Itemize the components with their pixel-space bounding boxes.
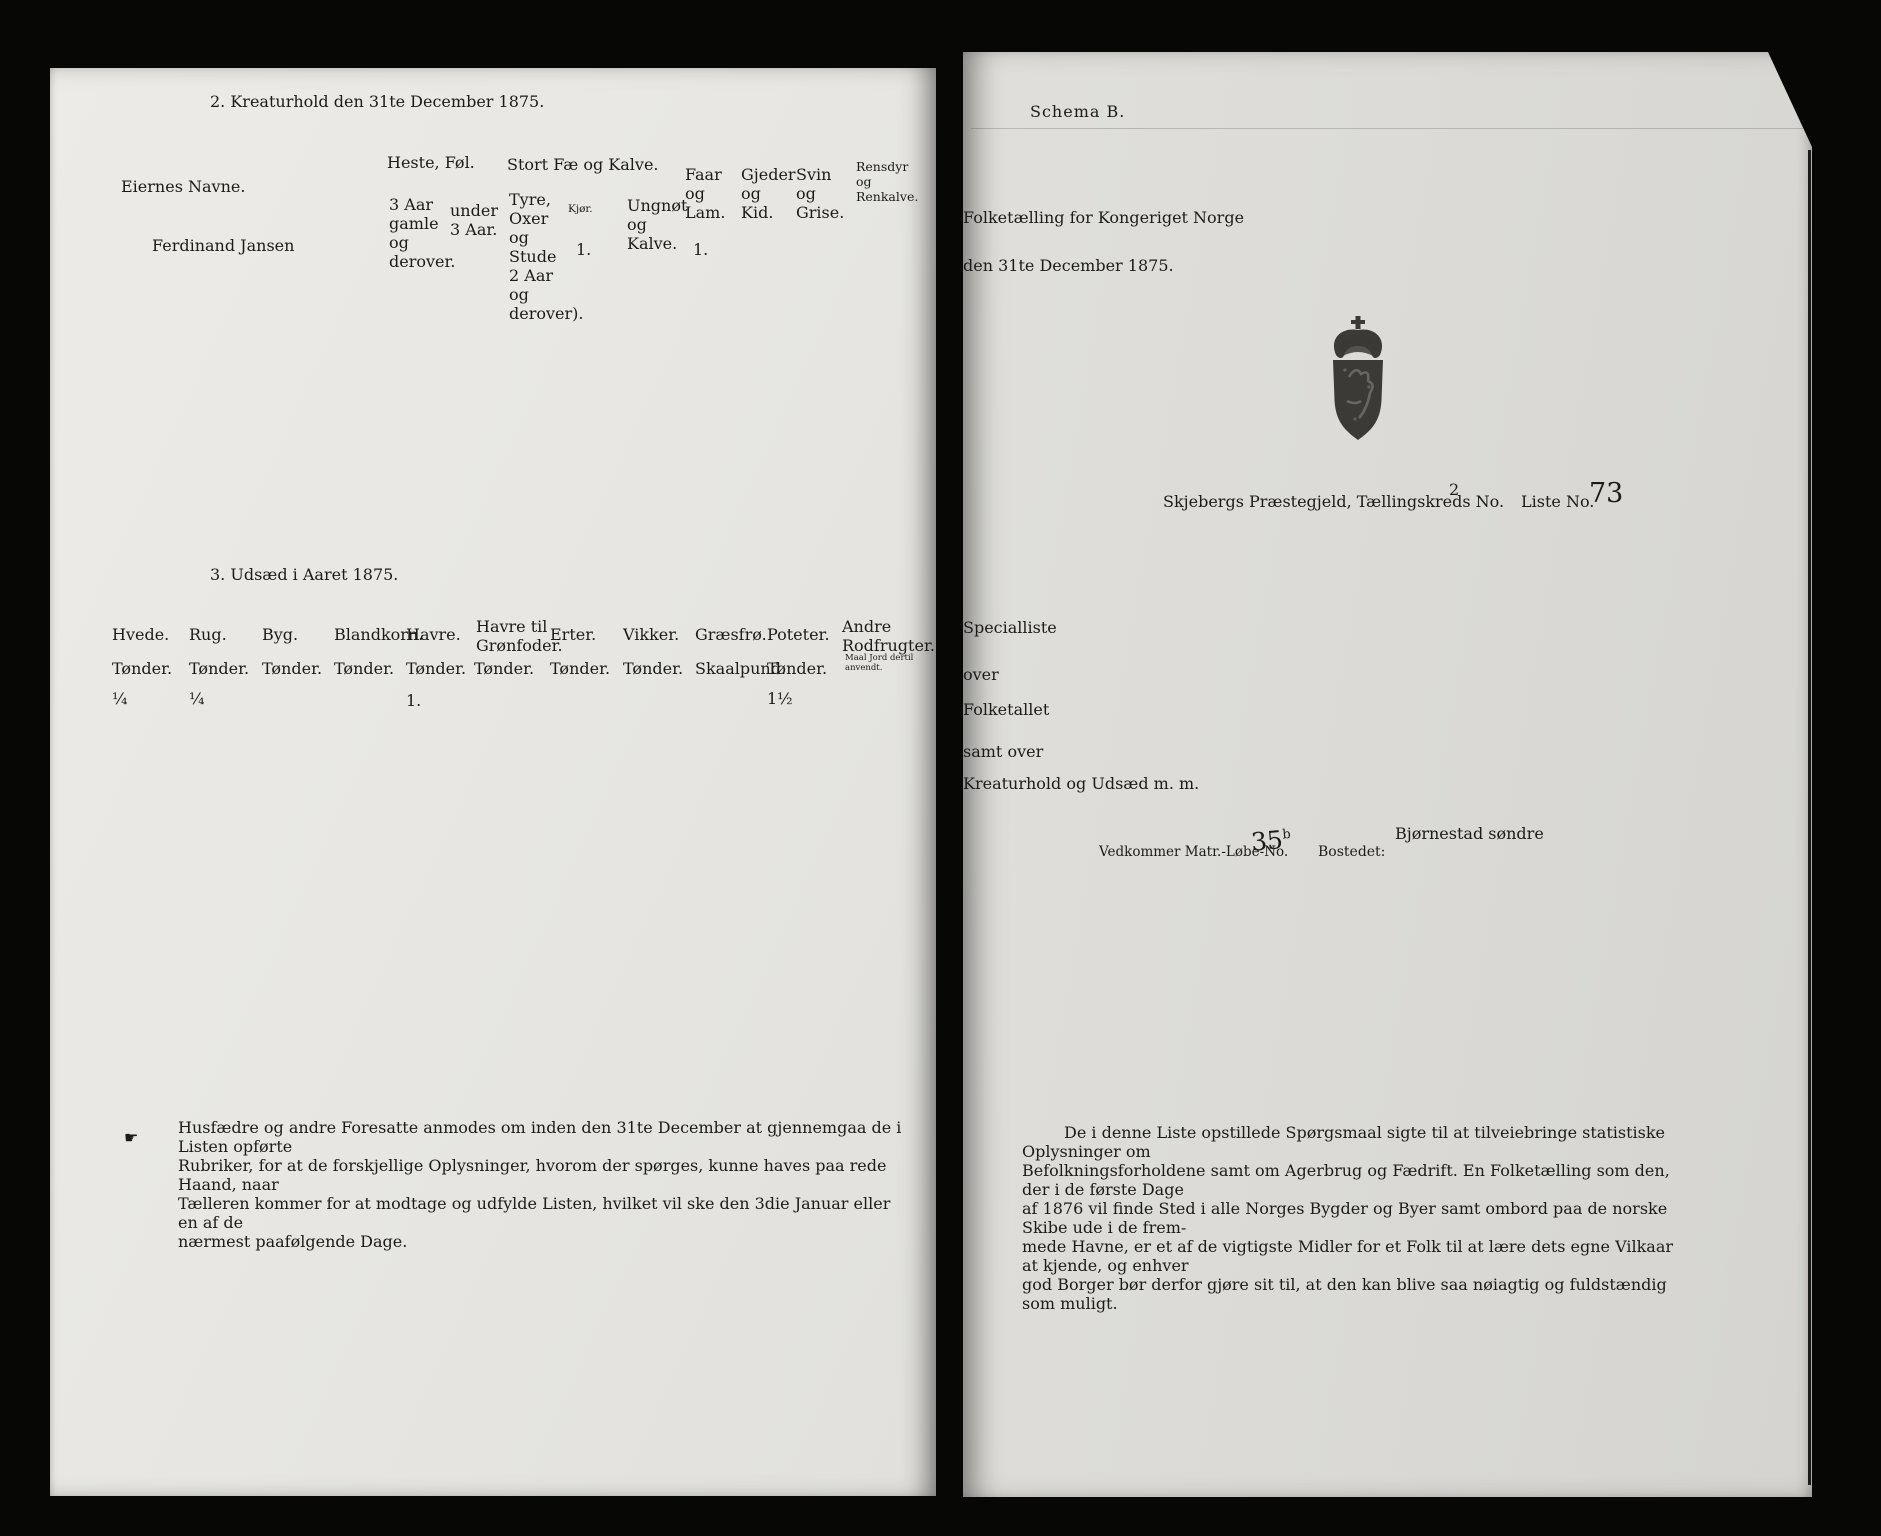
stray-ink-line — [448, 494, 590, 497]
col-group-cattle: Stort Fæ og Kalve. — [507, 155, 685, 174]
bosted-label: Bostedet: — [1318, 844, 1385, 860]
crop-col-unit: Tønder. — [623, 659, 695, 678]
crop-col-name: Blandkorn. — [334, 625, 406, 644]
table-rule — [121, 133, 913, 136]
bleedthrough-ghost — [820, 98, 915, 153]
table-rule — [387, 185, 507, 187]
livestock-table: Eiernes Navne. Heste, Føl. 3 Aar gamle o… — [121, 133, 913, 421]
instruction-note: Husfædre og andre Foresatte anmodes om i… — [178, 1118, 912, 1251]
over-label: over — [963, 665, 999, 684]
table-rule — [112, 597, 935, 600]
col-group-horses: Heste, Føl. — [387, 153, 507, 172]
crop-col-name: Rug. — [189, 625, 262, 644]
paragraph-line: god Borger bør derfor gjøre sit til, at … — [1022, 1275, 1690, 1313]
handwritten-oats-qty: 1. — [406, 691, 474, 710]
main-subtitle: den 31te December 1875. — [963, 256, 1174, 275]
page-edge-gap — [1808, 150, 1811, 1485]
note-line: Rubriker, for at de forskjellige Oplysni… — [178, 1156, 912, 1194]
schema-label: Schema B. — [1030, 102, 1125, 121]
matrikkel-number: 35 — [1250, 825, 1284, 857]
main-title: Folketælling for Kongeriget Norge — [963, 208, 1244, 227]
ink-speck — [128, 1290, 133, 1294]
table2-title: 2. Kreaturhold den 31te December 1875. — [210, 92, 830, 111]
table3-title: 3. Udsæd i Aaret 1875. — [210, 565, 830, 584]
left-page: 2. Kreaturhold den 31te December 1875. — [50, 68, 936, 1496]
crop-col-unit: Maal Jord dertil anvendt. — [845, 653, 930, 673]
table-rule — [121, 418, 913, 421]
samt-over-label: samt over — [963, 742, 1043, 761]
table-border — [387, 136, 389, 419]
handwritten-rye-qty: ¼ — [189, 689, 262, 708]
right-page: Schema B. Folketælling for Kongeriget No… — [963, 52, 1812, 1497]
table-rule — [121, 138, 913, 139]
seed-table: Hvede. Rug. Byg. Blandkorn. Havre. Havre… — [112, 597, 935, 748]
binding-gutter — [933, 58, 967, 1498]
row-line — [63, 342, 913, 343]
crop-col-unit: Tønder. — [767, 659, 840, 678]
table-rule — [121, 415, 913, 416]
handwritten-wheat-qty: ¼ — [112, 689, 189, 708]
manicule-icon: ☛ — [124, 1128, 138, 1147]
table-border — [448, 185, 449, 419]
table-rule — [112, 744, 935, 747]
table-border — [566, 185, 567, 419]
crop-col-unit: Tønder. — [112, 659, 189, 678]
subcol-young-cattle: Ungnøt og Kalve. — [627, 196, 683, 253]
handwritten-liste-number: 73 — [1589, 478, 1623, 509]
subcol-horses-over3: 3 Aar gamle og derover. — [389, 195, 446, 271]
subcol-bulls-oxen: Tyre, Oxer og Stude 2 Aar og derover). — [509, 190, 564, 323]
crop-col-unit: Skaalpund. — [695, 659, 767, 678]
col-goats-kids: Gjeder og Kid. — [741, 165, 796, 222]
handwritten-matrikkel-number: 35b — [1250, 824, 1293, 856]
paragraph-line: Befolkningsforholdene samt om Agerbrug o… — [1022, 1161, 1690, 1199]
crop-col-unit: Tønder. — [189, 659, 262, 678]
crop-col-unit: Tønder. — [474, 659, 550, 678]
crop-col-unit: Tønder. — [406, 659, 474, 678]
liste-label: Liste No. — [1521, 492, 1594, 511]
folketallet-label: Folketallet — [963, 700, 1049, 719]
coat-of-arms — [1317, 315, 1399, 451]
table-rule — [112, 741, 935, 742]
handwritten-bosted: Bjørnestad søndre — [1395, 824, 1544, 843]
kreaturhold-label: Kreaturhold og Udsæd m. m. — [963, 774, 1199, 793]
table-rule — [507, 185, 685, 187]
handwritten-potato-qty: 1½ — [767, 689, 840, 708]
paragraph-line: af 1876 vil finde Sted i alle Norges Byg… — [1022, 1199, 1690, 1237]
col-reindeer: Rensdyr og Renkalve. — [856, 159, 913, 204]
col-header-owners: Eiernes Navne. — [121, 177, 387, 196]
special-title: Specialliste — [963, 618, 1057, 637]
paragraph-line: mede Havne, er et af de vigtigste Midler… — [1022, 1237, 1690, 1275]
crop-col-unit: Tønder. — [262, 659, 334, 678]
crop-col-name: Erter. — [550, 625, 623, 644]
crop-col-unit: Tønder. — [334, 659, 406, 678]
crop-col-unit: Tønder. — [550, 659, 623, 678]
handwritten-cows-count: 1. — [576, 240, 616, 259]
purpose-paragraph: De i denne Liste opstillede Spørgsmaal s… — [1022, 1123, 1690, 1313]
signature-line — [1075, 1343, 1235, 1345]
ink-speck — [102, 796, 106, 801]
matrikkel-suffix: b — [1282, 827, 1292, 843]
faint-rule — [971, 128, 1803, 129]
note-line: Tælleren kommer for at modtage og udfyld… — [178, 1194, 912, 1232]
scanned-census-document: 2. Kreaturhold den 31te December 1875. — [0, 0, 1881, 1536]
table-rule — [112, 684, 935, 687]
handwritten-owner-name: Ferdinand Jansen — [152, 236, 294, 255]
col-pigs: Svin og Grise. — [796, 165, 856, 222]
subcol-cows: Kjør. — [568, 203, 623, 215]
note-line: Husfædre og andre Foresatte anmodes om i… — [178, 1118, 912, 1156]
crop-col-name: Græsfrø. — [695, 625, 767, 644]
crop-col-name: Hvede. — [112, 625, 189, 644]
subcol-horses-under3: under 3 Aar. — [450, 201, 505, 239]
handwritten-sheep-count: 1. — [693, 240, 733, 259]
bleedthrough-text — [1511, 147, 1689, 369]
row-line — [63, 272, 913, 273]
row-line — [63, 307, 913, 308]
col-sheep-lambs: Faar og Lam. — [685, 165, 741, 222]
crop-col-name: Andre Rodfrugter. — [842, 617, 933, 655]
note-line: nærmest paafølgende Dage. — [178, 1232, 912, 1251]
ink-speck — [116, 484, 123, 491]
table-rule — [112, 602, 935, 603]
crop-col-name: Havre. — [406, 625, 474, 644]
crop-col-name: Havre til Grønfoder. — [476, 617, 548, 655]
crop-col-name: Poteter. — [767, 625, 840, 644]
paragraph-line: De i denne Liste opstillede Spørgsmaal s… — [1022, 1123, 1690, 1161]
norwegian-lion-crest — [1317, 315, 1399, 447]
crop-col-name: Vikker. — [623, 625, 695, 644]
hand-drawn-line — [1252, 992, 1460, 996]
crop-col-name: Byg. — [262, 625, 334, 644]
handwritten-district-number: 2 — [1449, 480, 1459, 499]
ink-line — [447, 1315, 587, 1320]
table-border — [625, 185, 626, 419]
